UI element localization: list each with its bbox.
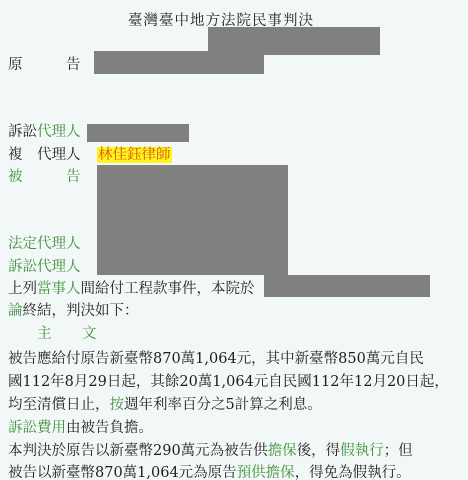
ruling-3-line-2: 被告以新臺幣870萬1,064元為原告預供擔保，得免為假執行。 <box>8 464 411 480</box>
sub-agent-label-b: 代理人 <box>37 146 81 164</box>
redaction-hearing-date <box>264 275 430 297</box>
ruling-1-line-2: 國112年8月29日起，其餘20萬1,064元自民國112年12月20日起， <box>8 373 449 391</box>
ruling-1-line-3: 均至清償日止，按週年利率百分之5計算之利息。 <box>8 396 322 414</box>
defendant-label-b: 告 <box>66 168 81 186</box>
intro-line-2: 論終結，判決如下： <box>8 302 139 320</box>
intro-line-1: 上列當事人間給付工程款事件，本院於 <box>8 280 255 298</box>
ruling-3-line-1: 本判決於原告以新臺幣290萬元為被告供擔保後，得假執行；但 <box>8 442 413 460</box>
litigation-agent-label: 訴訟代理人 <box>8 123 81 141</box>
ruling-1-line-1: 被告應給付原告新臺幣870萬1,064元，其中新臺幣850萬元自民 <box>8 350 424 368</box>
main-text-heading-a: 主 <box>37 325 52 343</box>
legal-rep-label: 法定代理人 <box>8 235 81 253</box>
sub-agent-label-a: 複 <box>8 146 23 164</box>
defendant-litigation-agent-label: 訴訟代理人 <box>8 258 81 276</box>
sub-agent-name: 林佳鈺律師 <box>97 146 172 164</box>
redaction-defendant-info <box>97 165 288 275</box>
ruling-2: 訴訟費用由被告負擔。 <box>8 419 153 437</box>
plaintiff-label-a: 原 <box>8 56 23 74</box>
plaintiff-label-b: 告 <box>66 56 81 74</box>
defendant-label-a: 被 <box>8 168 23 186</box>
redaction-plaintiff <box>94 51 264 74</box>
main-text-heading-b: 文 <box>82 325 97 343</box>
redaction-plaintiff-agent <box>87 124 189 142</box>
